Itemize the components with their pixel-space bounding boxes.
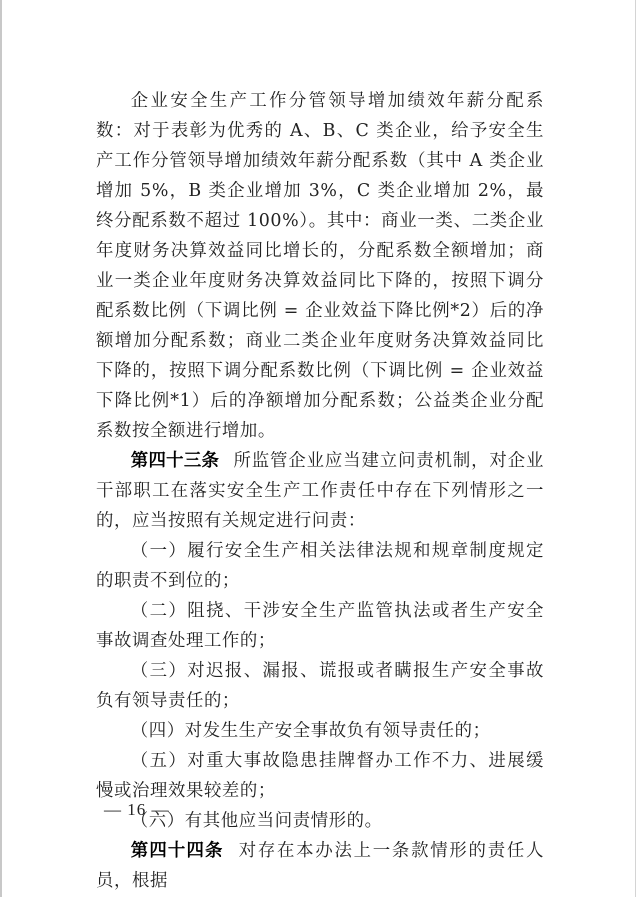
page-number: — 16 — xyxy=(104,800,170,820)
paragraph-bonus-coefficient: 企业安全生产工作分管领导增加绩效年薪分配系数：对于表彰为优秀的 A、B、C 类企… xyxy=(96,86,544,446)
list-item-1: （一）履行安全生产相关法律法规和规章制度规定的职责不到位的； xyxy=(96,536,544,596)
list-item-text: （二）阻挠、干涉安全生产监管执法或者生产安全事故调查处理工作的； xyxy=(96,601,544,651)
page-border-left xyxy=(0,0,2,897)
paragraph-article-44: 第四十四条对存在本办法上一条款情形的责任人员，根据 xyxy=(96,836,544,896)
list-item-text: （一）履行安全生产相关法律法规和规章制度规定的职责不到位的； xyxy=(96,541,544,591)
document-body: 企业安全生产工作分管领导增加绩效年薪分配系数：对于表彰为优秀的 A、B、C 类企… xyxy=(96,86,544,896)
list-item-4: （四）对发生生产安全事故负有领导责任的； xyxy=(96,716,544,746)
paragraph-article-43: 第四十三条所监管企业应当建立问责机制，对企业干部职工在落实安全生产工作责任中存在… xyxy=(96,446,544,536)
list-item-3: （三）对迟报、漏报、谎报或者瞒报生产安全事故负有领导责任的； xyxy=(96,656,544,716)
paragraph-text: 企业安全生产工作分管领导增加绩效年薪分配系数：对于表彰为优秀的 A、B、C 类企… xyxy=(96,91,544,441)
list-item-text: （三）对迟报、漏报、谎报或者瞒报生产安全事故负有领导责任的； xyxy=(96,661,544,711)
list-item-text: （四）对发生生产安全事故负有领导责任的； xyxy=(131,721,491,741)
article-heading: 第四十三条 xyxy=(131,451,219,471)
list-item-2: （二）阻挠、干涉安全生产监管执法或者生产安全事故调查处理工作的； xyxy=(96,596,544,656)
article-heading: 第四十四条 xyxy=(131,841,224,861)
list-item-text: （五）对重大事故隐患挂牌督办工作不力、进展缓慢或治理效果较差的； xyxy=(96,751,544,801)
list-item-5: （五）对重大事故隐患挂牌督办工作不力、进展缓慢或治理效果较差的； xyxy=(96,746,544,806)
